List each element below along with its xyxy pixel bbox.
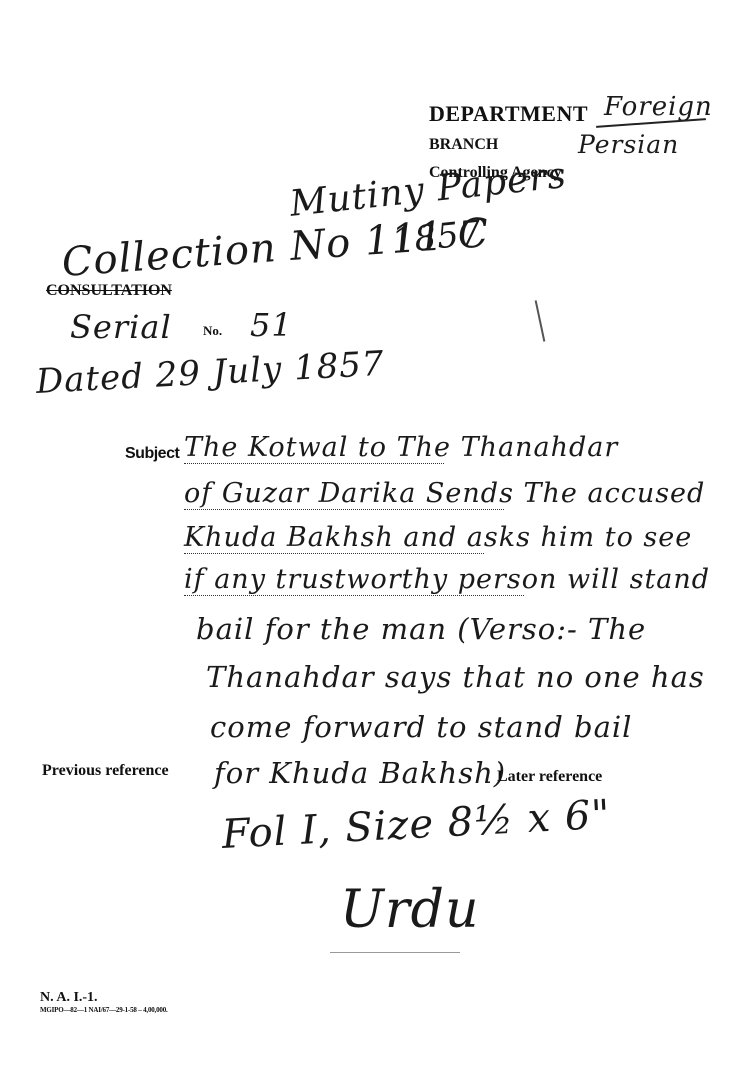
pen-tick-mark: [535, 300, 545, 341]
language-underline: [330, 952, 460, 953]
subject-line-5: bail for the man (Verso:- The: [196, 612, 646, 646]
later-reference-label: Later reference: [497, 768, 602, 786]
branch-value: Persian: [578, 130, 679, 159]
department-value: Foreign: [604, 92, 713, 122]
serial-no-label: No.: [203, 323, 222, 339]
folio-size: Fol I, Size 8½ x 6": [221, 792, 612, 858]
form-id: N. A. I.-1.: [40, 990, 98, 1006]
subject-line-4: if any trustworthy person will stand: [184, 564, 524, 596]
serial-handwritten-label: Serial: [70, 308, 172, 346]
previous-reference-label: Previous reference: [42, 762, 169, 780]
subject-line-7: come forward to stand bail: [210, 710, 632, 744]
subject-line-1: The Kotwal to The Thanahdar: [184, 432, 444, 464]
subject-line-6: Thanahdar says that no one has: [206, 660, 705, 694]
subject-label: Subject: [125, 445, 179, 463]
consultation-label: CONSULTATION: [46, 282, 172, 300]
print-line: MGIPO—82—1 NAI/67—29-1-58 – 4,00,000.: [40, 1006, 168, 1014]
subject-line-2: of Guzar Darika Sends The accused: [184, 478, 504, 510]
dated-value: Dated 29 July 1857: [35, 344, 386, 402]
serial-number: 51: [250, 306, 293, 344]
subject-line-3: Khuda Bakhsh and asks him to see: [184, 522, 484, 554]
language-value: Urdu: [340, 880, 479, 940]
subject-line-8: for Khuda Bakhsh): [214, 756, 506, 790]
branch-label: BRANCH: [429, 136, 498, 154]
department-label: DEPARTMENT: [429, 101, 588, 127]
